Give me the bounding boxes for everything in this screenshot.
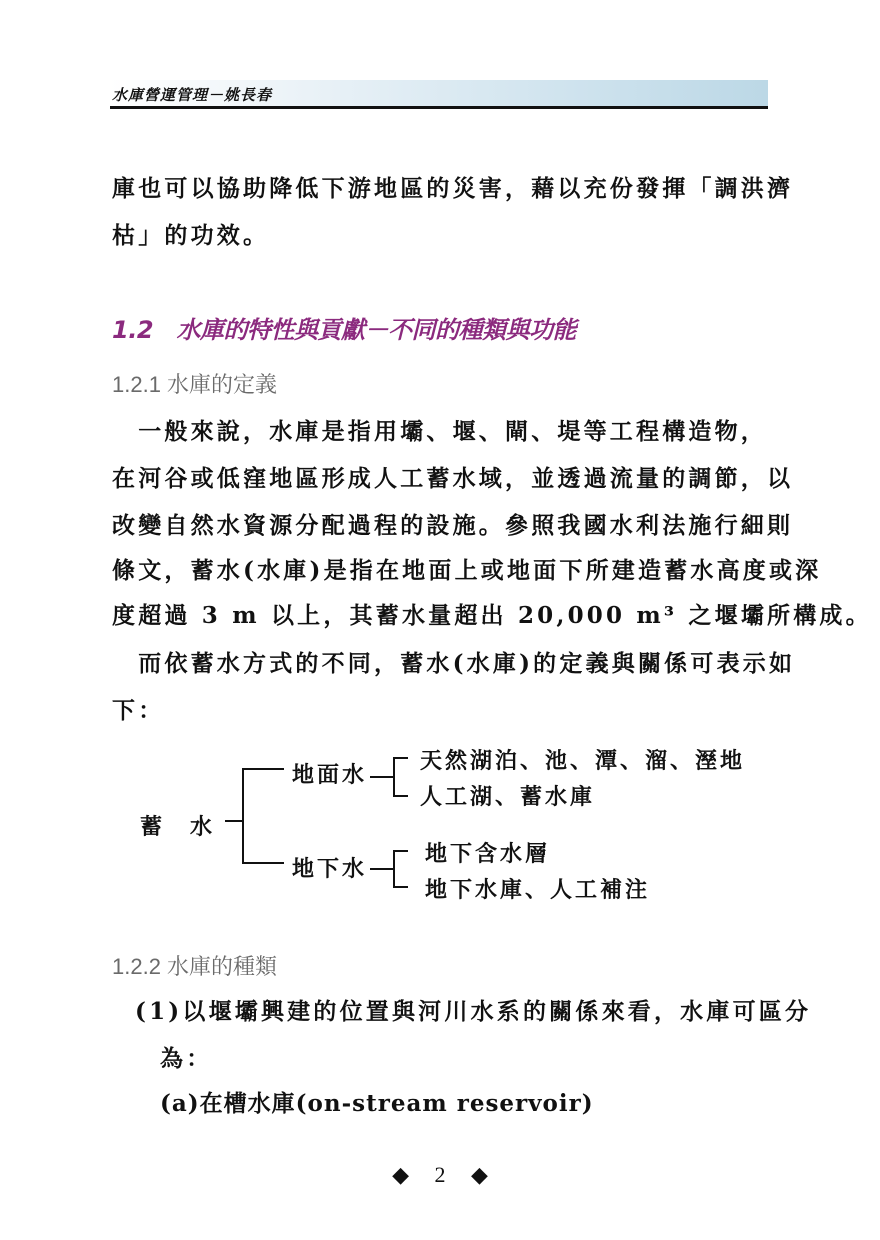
item1-line-1: (1)以堰壩興建的位置與河川水系的關係來看，水庫可區分 <box>135 993 811 1026</box>
tree-leaf: 天然湖泊、池、潭、溜、溼地 <box>420 744 745 775</box>
para1-line-1: 一般來說，水庫是指用壩、堰、閘、堤等工程構造物， <box>112 413 767 446</box>
page-footer: ◆ 2 ◆ <box>0 1162 880 1188</box>
intro-line-2: 枯」的功效。 <box>112 217 269 250</box>
tree-connector <box>393 757 395 797</box>
tree-connector <box>225 820 243 822</box>
tree-connector <box>393 757 408 759</box>
para1-line-4: 條文，蓄水(水庫)是指在地面上或地面下所建造蓄水高度或深 <box>112 552 821 585</box>
page-header: 水庫營運管理－姚長春 <box>110 80 768 109</box>
tree-connector <box>370 776 394 778</box>
tree-branch-surface: 地面水 <box>292 758 367 789</box>
tree-leaf: 地下水庫、人工補注 <box>425 873 650 904</box>
intro-line-1: 庫也可以協助降低下游地區的災害，藉以充份發揮「調洪濟 <box>112 170 793 203</box>
para1-line-3: 改變自然水資源分配過程的設施。參照我國水利法施行細則 <box>112 507 793 540</box>
para2-line-1: 而依蓄水方式的不同，蓄水(水庫)的定義與關係可表示如 <box>112 645 795 678</box>
subsection-heading-1-2-1: 1.2.1 水庫的定義 <box>112 368 277 399</box>
section-heading: 1.2 水庫的特性與貢獻－不同的種類與功能 <box>112 310 576 345</box>
header-title: 水庫營運管理－姚長春 <box>112 84 272 105</box>
tree-connector <box>242 768 284 770</box>
subsection-heading-1-2-2: 1.2.2 水庫的種類 <box>112 950 277 981</box>
tree-connector <box>393 850 408 852</box>
para1-line-2: 在河谷或低窪地區形成人工蓄水域，並透過流量的調節，以 <box>112 460 793 493</box>
tree-connector <box>370 868 394 870</box>
bullet-icon: ◆ <box>471 1162 488 1187</box>
tree-connector <box>393 850 395 888</box>
tree-connector <box>242 768 244 863</box>
para1-line-5: 度超過 3 m 以上，其蓄水量超出 20,000 m³ 之堰壩所構成。 <box>112 597 872 630</box>
tree-connector <box>242 862 284 864</box>
bullet-icon: ◆ <box>392 1162 409 1187</box>
tree-leaf: 人工湖、蓄水庫 <box>420 780 595 811</box>
tree-root: 蓄 水 <box>140 810 215 841</box>
tree-branch-underground: 地下水 <box>292 852 367 883</box>
page-number: 2 <box>435 1162 446 1187</box>
item1-line-2: 為： <box>160 1040 212 1073</box>
item1a: (a)在槽水庫(on-stream reservoir) <box>160 1085 594 1118</box>
tree-connector <box>393 886 408 888</box>
para2-line-2: 下： <box>112 692 164 725</box>
tree-leaf: 地下含水層 <box>425 837 550 868</box>
tree-connector <box>393 795 408 797</box>
